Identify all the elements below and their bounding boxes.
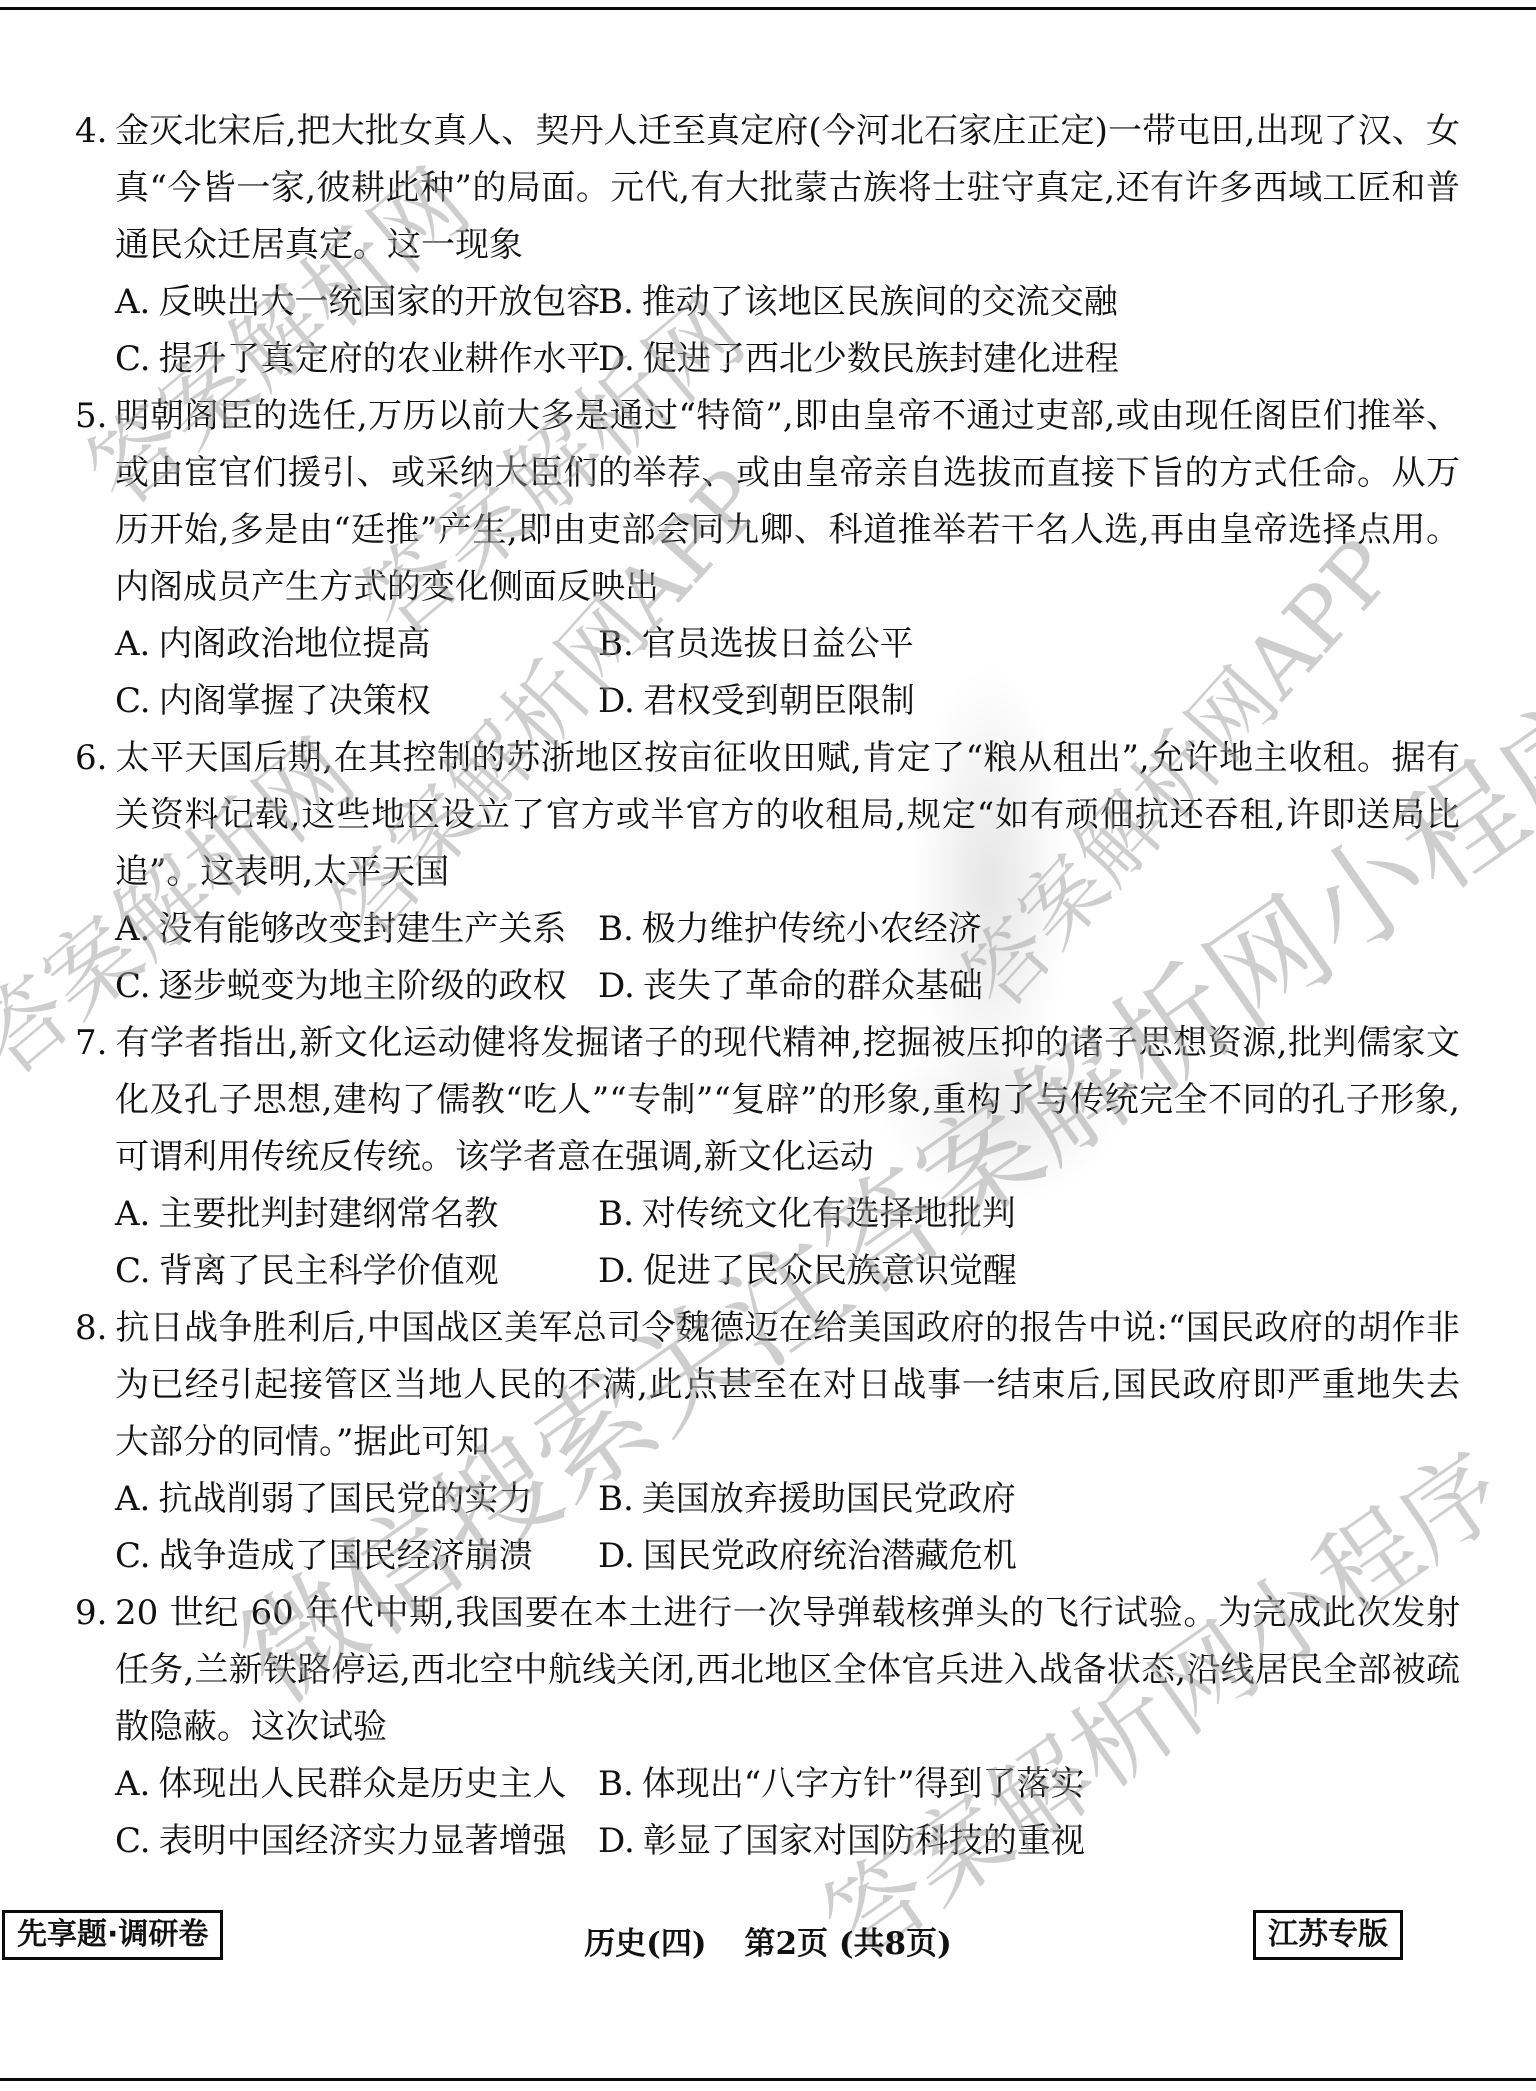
options-grid: A.主要批判封建纲常名教 B.对传统文化有选择地批判 C.背离了民主科学价值观 … <box>75 1186 1460 1300</box>
option-text: 促进了民众民族意识觉醒 <box>643 1251 1017 1291</box>
option-b: B.推动了该地区民族间的交流交融 <box>598 274 1460 331</box>
option-a: A.没有能够改变封建生产关系 <box>115 901 598 958</box>
option-d: D.促进了西北少数民族封建化进程 <box>598 331 1460 388</box>
option-c: C.背离了民主科学价值观 <box>115 1243 598 1300</box>
options-grid: A.内阁政治地位提高 B.官员选拔日益公平 C.内阁掌握了决策权 D.君权受到朝… <box>75 616 1460 730</box>
option-a: A.体现出人民群众是历史主人 <box>115 1756 598 1813</box>
option-label: B. <box>598 1756 634 1813</box>
option-label: B. <box>598 616 634 673</box>
question-6: 6.太平天国后期,在其控制的苏浙地区按亩征收田赋,肯定了“粮从租出”,允许地主收… <box>75 730 1460 1015</box>
option-label: B. <box>598 1186 634 1243</box>
option-label: A. <box>115 274 150 331</box>
option-text: 促进了西北少数民族封建化进程 <box>643 339 1119 379</box>
footer-subject: 历史(四) <box>584 1926 706 1962</box>
footer-right-box: 江苏专版 <box>1253 1910 1403 1960</box>
option-c: C.表明中国经济实力显著增强 <box>115 1813 598 1870</box>
option-text: 极力维护传统小农经济 <box>642 909 982 949</box>
option-text: 提升了真定府的农业耕作水平 <box>159 339 601 379</box>
option-text: 国民党政府统治潜藏危机 <box>643 1536 1017 1576</box>
option-label: D. <box>598 331 635 388</box>
option-text: 背离了民主科学价值观 <box>159 1251 499 1291</box>
option-label: D. <box>598 1813 635 1870</box>
option-text: 没有能够改变封建生产关系 <box>158 909 566 949</box>
option-a: A.主要批判封建纲常名教 <box>115 1186 598 1243</box>
question-number: 6. <box>75 730 115 787</box>
option-text: 君权受到朝臣限制 <box>643 681 915 721</box>
option-text: 丧失了革命的群众基础 <box>643 966 983 1006</box>
option-label: D. <box>598 673 635 730</box>
option-b: B.美国放弃援助国民党政府 <box>598 1471 1460 1528</box>
question-stem-text: 20 世纪 60 年代中期,我国要在本土进行一次导弹载核弹头的飞行试验。为完成此… <box>115 1593 1460 1747</box>
option-label: B. <box>598 274 634 331</box>
option-text: 官员选拔日益公平 <box>642 624 914 664</box>
option-text: 内阁政治地位提高 <box>158 624 430 664</box>
question-8: 8.抗日战争胜利后,中国战区美军总司令魏德迈在给美国政府的报告中说:“国民政府的… <box>75 1300 1460 1585</box>
exam-page-scan: { "page": { "watermarks": [ "答案解析网", "答案… <box>0 0 1536 2091</box>
question-number: 9. <box>75 1585 115 1642</box>
option-b: B.极力维护传统小农经济 <box>598 901 1460 958</box>
option-label: C. <box>115 1243 151 1300</box>
option-text: 体现出人民群众是历史主人 <box>158 1764 566 1804</box>
option-b: B.体现出“八字方针”得到了落实 <box>598 1756 1460 1813</box>
option-text: 美国放弃援助国民党政府 <box>642 1479 1016 1519</box>
option-label: A. <box>115 616 150 673</box>
options-grid: A.反映出大一统国家的开放包容 B.推动了该地区民族间的交流交融 C.提升了真定… <box>75 274 1460 388</box>
option-d: D.丧失了革命的群众基础 <box>598 958 1460 1015</box>
option-b: B.官员选拔日益公平 <box>598 616 1460 673</box>
option-text: 体现出“八字方针”得到了落实 <box>642 1764 1085 1804</box>
question-stem-text: 抗日战争胜利后,中国战区美军总司令魏德迈在给美国政府的报告中说:“国民政府的胡作… <box>115 1308 1460 1462</box>
question-stem: 7.有学者指出,新文化运动健将发掘诸子的现代精神,挖掘被压抑的诸子思想资源,批判… <box>75 1015 1460 1186</box>
option-label: D. <box>598 1243 635 1300</box>
option-label: B. <box>598 901 634 958</box>
option-label: D. <box>598 958 635 1015</box>
option-label: D. <box>598 1528 635 1585</box>
option-text: 主要批判封建纲常名教 <box>158 1194 498 1234</box>
option-c: C.内阁掌握了决策权 <box>115 673 598 730</box>
option-a: A.内阁政治地位提高 <box>115 616 598 673</box>
option-label: A. <box>115 1756 150 1813</box>
question-stem-text: 明朝阁臣的选任,万历以前大多是通过“特简”,即由皇帝不通过吏部,或由现任阁臣们推… <box>115 396 1460 607</box>
options-grid: A.体现出人民群众是历史主人 B.体现出“八字方针”得到了落实 C.表明中国经济… <box>75 1756 1460 1870</box>
question-stem: 5.明朝阁臣的选任,万历以前大多是通过“特简”,即由皇帝不通过吏部,或由现任阁臣… <box>75 388 1460 616</box>
option-label: C. <box>115 1528 151 1585</box>
options-grid: A.没有能够改变封建生产关系 B.极力维护传统小农经济 C.逐步蜕变为地主阶级的… <box>75 901 1460 1015</box>
option-text: 反映出大一统国家的开放包容 <box>158 282 600 322</box>
question-4: 4.金灭北宋后,把大批女真人、契丹人迁至真定府(今河北石家庄正定)一带屯田,出现… <box>75 103 1460 388</box>
option-d: D.国民党政府统治潜藏危机 <box>598 1528 1460 1585</box>
footer-page-number: 第2页 (共8页) <box>745 1926 952 1962</box>
top-edge-line <box>0 7 1536 10</box>
option-text: 逐步蜕变为地主阶级的政权 <box>159 966 567 1006</box>
option-label: C. <box>115 673 151 730</box>
option-label: A. <box>115 1471 150 1528</box>
question-number: 7. <box>75 1015 115 1072</box>
question-stem: 4.金灭北宋后,把大批女真人、契丹人迁至真定府(今河北石家庄正定)一带屯田,出现… <box>75 103 1460 274</box>
question-stem-text: 金灭北宋后,把大批女真人、契丹人迁至真定府(今河北石家庄正定)一带屯田,出现了汉… <box>115 111 1460 265</box>
option-text: 战争造成了国民经济崩溃 <box>159 1536 533 1576</box>
option-text: 表明中国经济实力显著增强 <box>159 1821 567 1861</box>
option-c: C.逐步蜕变为地主阶级的政权 <box>115 958 598 1015</box>
question-9: 9.20 世纪 60 年代中期,我国要在本土进行一次导弹载核弹头的飞行试验。为完… <box>75 1585 1460 1870</box>
option-text: 推动了该地区民族间的交流交融 <box>642 282 1118 322</box>
question-number: 5. <box>75 388 115 445</box>
question-stem: 9.20 世纪 60 年代中期,我国要在本土进行一次导弹载核弹头的飞行试验。为完… <box>75 1585 1460 1756</box>
bottom-edge-line <box>0 2078 1536 2081</box>
question-stem-text: 太平天国后期,在其控制的苏浙地区按亩征收田赋,肯定了“粮从租出”,允许地主收租。… <box>115 738 1460 892</box>
question-number: 4. <box>75 103 115 160</box>
option-d: D.彰显了国家对国防科技的重视 <box>598 1813 1460 1870</box>
option-d: D.促进了民众民族意识觉醒 <box>598 1243 1460 1300</box>
option-c: C.战争造成了国民经济崩溃 <box>115 1528 598 1585</box>
option-label: C. <box>115 1813 151 1870</box>
option-label: C. <box>115 331 151 388</box>
option-text: 抗战削弱了国民党的实力 <box>158 1479 532 1519</box>
exam-body: 4.金灭北宋后,把大批女真人、契丹人迁至真定府(今河北石家庄正定)一带屯田,出现… <box>75 103 1460 1870</box>
option-d: D.君权受到朝臣限制 <box>598 673 1460 730</box>
question-stem-text: 有学者指出,新文化运动健将发掘诸子的现代精神,挖掘被压抑的诸子思想资源,批判儒家… <box>115 1023 1460 1177</box>
question-5: 5.明朝阁臣的选任,万历以前大多是通过“特简”,即由皇帝不通过吏部,或由现任阁臣… <box>75 388 1460 730</box>
option-label: A. <box>115 901 150 958</box>
option-c: C.提升了真定府的农业耕作水平 <box>115 331 598 388</box>
option-text: 彰显了国家对国防科技的重视 <box>643 1821 1085 1861</box>
question-stem: 6.太平天国后期,在其控制的苏浙地区按亩征收田赋,肯定了“粮从租出”,允许地主收… <box>75 730 1460 901</box>
option-label: B. <box>598 1471 634 1528</box>
option-a: A.抗战削弱了国民党的实力 <box>115 1471 598 1528</box>
question-7: 7.有学者指出,新文化运动健将发掘诸子的现代精神,挖掘被压抑的诸子思想资源,批判… <box>75 1015 1460 1300</box>
question-number: 8. <box>75 1300 115 1357</box>
option-a: A.反映出大一统国家的开放包容 <box>115 274 598 331</box>
option-label: A. <box>115 1186 150 1243</box>
option-b: B.对传统文化有选择地批判 <box>598 1186 1460 1243</box>
option-text: 对传统文化有选择地批判 <box>642 1194 1016 1234</box>
option-text: 内阁掌握了决策权 <box>159 681 431 721</box>
options-grid: A.抗战削弱了国民党的实力 B.美国放弃援助国民党政府 C.战争造成了国民经济崩… <box>75 1471 1460 1585</box>
question-stem: 8.抗日战争胜利后,中国战区美军总司令魏德迈在给美国政府的报告中说:“国民政府的… <box>75 1300 1460 1471</box>
option-label: C. <box>115 958 151 1015</box>
